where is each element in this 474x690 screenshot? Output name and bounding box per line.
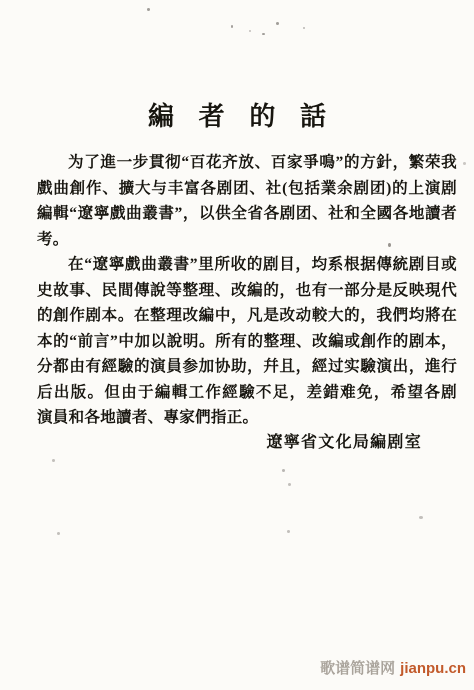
page-title: 編者的話 — [0, 96, 474, 133]
scan-speck — [419, 516, 423, 519]
text-line: 戲曲創作、擴大与丰富各剧团、社(包括業余剧团)的上演剧目，特 — [37, 176, 457, 202]
scan-speck — [388, 243, 391, 247]
scan-speck — [276, 22, 279, 25]
text-line: 为了進一步貫彻“百花齐放、百家爭鳴”的方針，繁荣我省的 — [37, 150, 457, 176]
text-line: 的創作剧本。在整理改編中，凡是改动較大的，我們均將在該剧 — [37, 303, 457, 329]
scan-speck — [282, 469, 285, 472]
text-line: 史故事、民間傳說等整理、改編的，也有一部分是反映現代生活 — [37, 278, 457, 304]
text-line: 后出版。但由于編輯工作經驗不足，差錯难免，希望各剧团、社 — [37, 380, 457, 406]
text-line: 本的“前言”中加以說明。所有的整理、改編或創作的剧本，大部 — [37, 329, 457, 355]
text-line: 編輯“遼寧戲曲叢書”，以供全省各剧团、社和全國各地讀者們参 — [37, 201, 457, 227]
scan-speck — [52, 459, 55, 462]
text-line: 在“遼寧戲曲叢書”里所收的剧目，均系根据傳統剧目或歷 — [37, 252, 457, 278]
text-line: 考。 — [37, 227, 457, 253]
scanned-book-page: 編者的話 为了進一步貫彻“百花齐放、百家爭鳴”的方針，繁荣我省的戲曲創作、擴大与… — [0, 0, 474, 690]
signature: 遼寧省文化局編剧室 — [0, 429, 422, 452]
scan-speck — [249, 30, 251, 32]
scan-speck — [57, 532, 60, 535]
scan-speck — [463, 162, 466, 165]
text-line: 分都由有經驗的演員参加协助，幷且，經过实驗演出，進行修訂 — [37, 354, 457, 380]
scan-speck — [288, 483, 291, 486]
scan-speck — [262, 33, 265, 35]
watermark-site-url: jianpu.cn — [400, 660, 466, 677]
scan-speck — [231, 25, 233, 28]
editor-note-body: 为了進一步貫彻“百花齐放、百家爭鳴”的方針，繁荣我省的戲曲創作、擴大与丰富各剧团… — [37, 150, 457, 431]
scan-speck — [287, 530, 290, 533]
scan-speck — [303, 27, 305, 29]
watermark: 歌谱简谱网jianpu.cn — [320, 657, 466, 678]
watermark-site-name: 歌谱简谱网 — [320, 660, 395, 677]
text-line: 演員和各地讀者、專家們指正。 — [37, 405, 457, 431]
scan-speck — [147, 8, 150, 11]
